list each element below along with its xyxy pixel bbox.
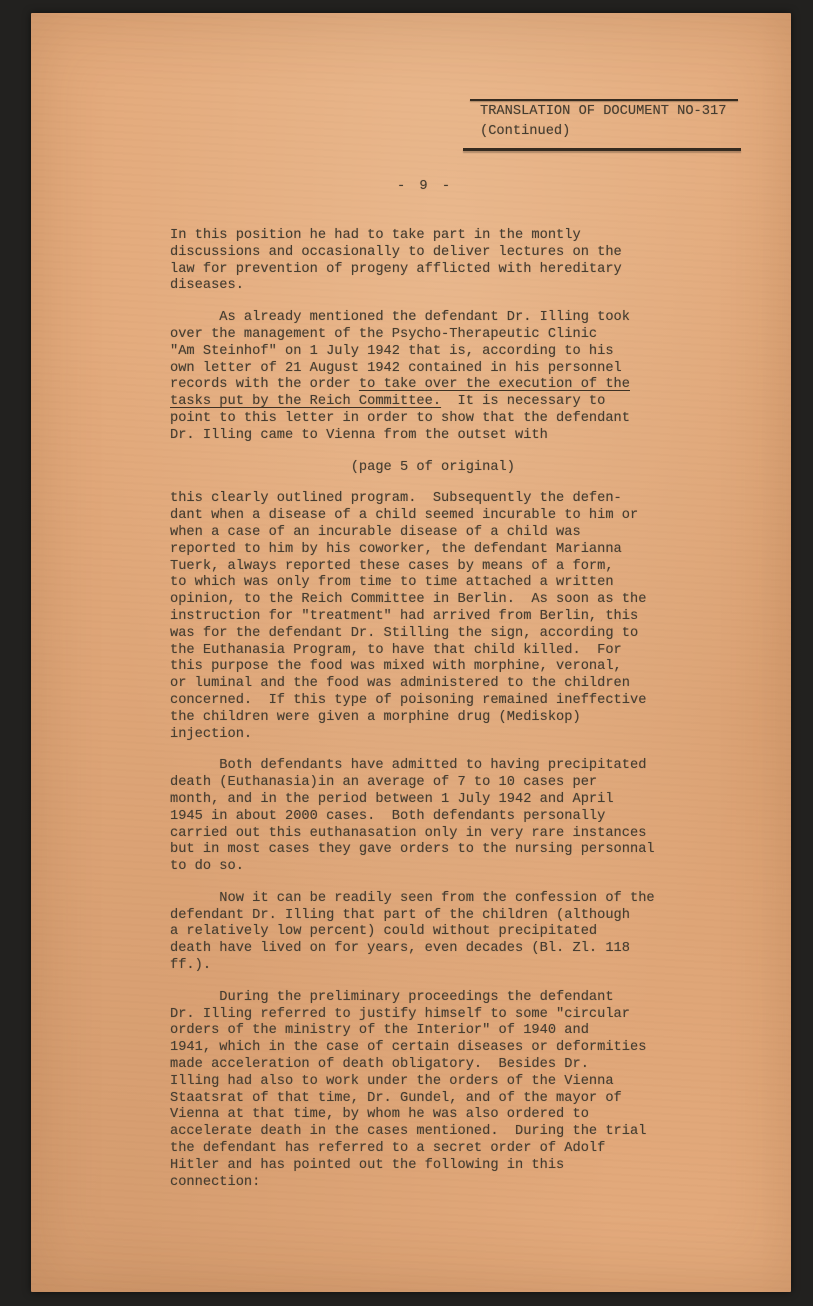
page-of-original-note: (page 5 of original) [170, 460, 750, 477]
underlined-text: tasks put by the Reich Committee. [170, 394, 441, 409]
page-number: - 9 - [397, 179, 453, 196]
header-rule-bottom [463, 148, 741, 151]
header-rule-top [470, 99, 738, 101]
paragraph-euthanasia-procedure: this clearly outlined program. Subsequen… [170, 491, 750, 743]
photo-background: TRANSLATION OF DOCUMENT NO-317 (Continue… [0, 0, 813, 1306]
paragraph-illing-appointment: As already mentioned the defendant Dr. I… [170, 310, 750, 444]
underlined-text: to take over the execution of the [359, 377, 630, 392]
document-body: In this position he had to take part in … [170, 228, 750, 1191]
document-reference-header: TRANSLATION OF DOCUMENT NO-317 (Continue… [462, 99, 752, 151]
document-page: TRANSLATION OF DOCUMENT NO-317 (Continue… [31, 13, 791, 1292]
paragraph-preliminary-proceedings: During the preliminary proceedings the d… [170, 990, 750, 1192]
header-subtitle: (Continued) [480, 123, 752, 141]
header-title: TRANSLATION OF DOCUMENT NO-317 [480, 103, 752, 121]
paragraph-confession-children: Now it can be readily seen from the conf… [170, 891, 750, 975]
paragraph-admission-case-numbers: Both defendants have admitted to having … [170, 758, 750, 876]
paragraph-position-duties: In this position he had to take part in … [170, 228, 750, 295]
